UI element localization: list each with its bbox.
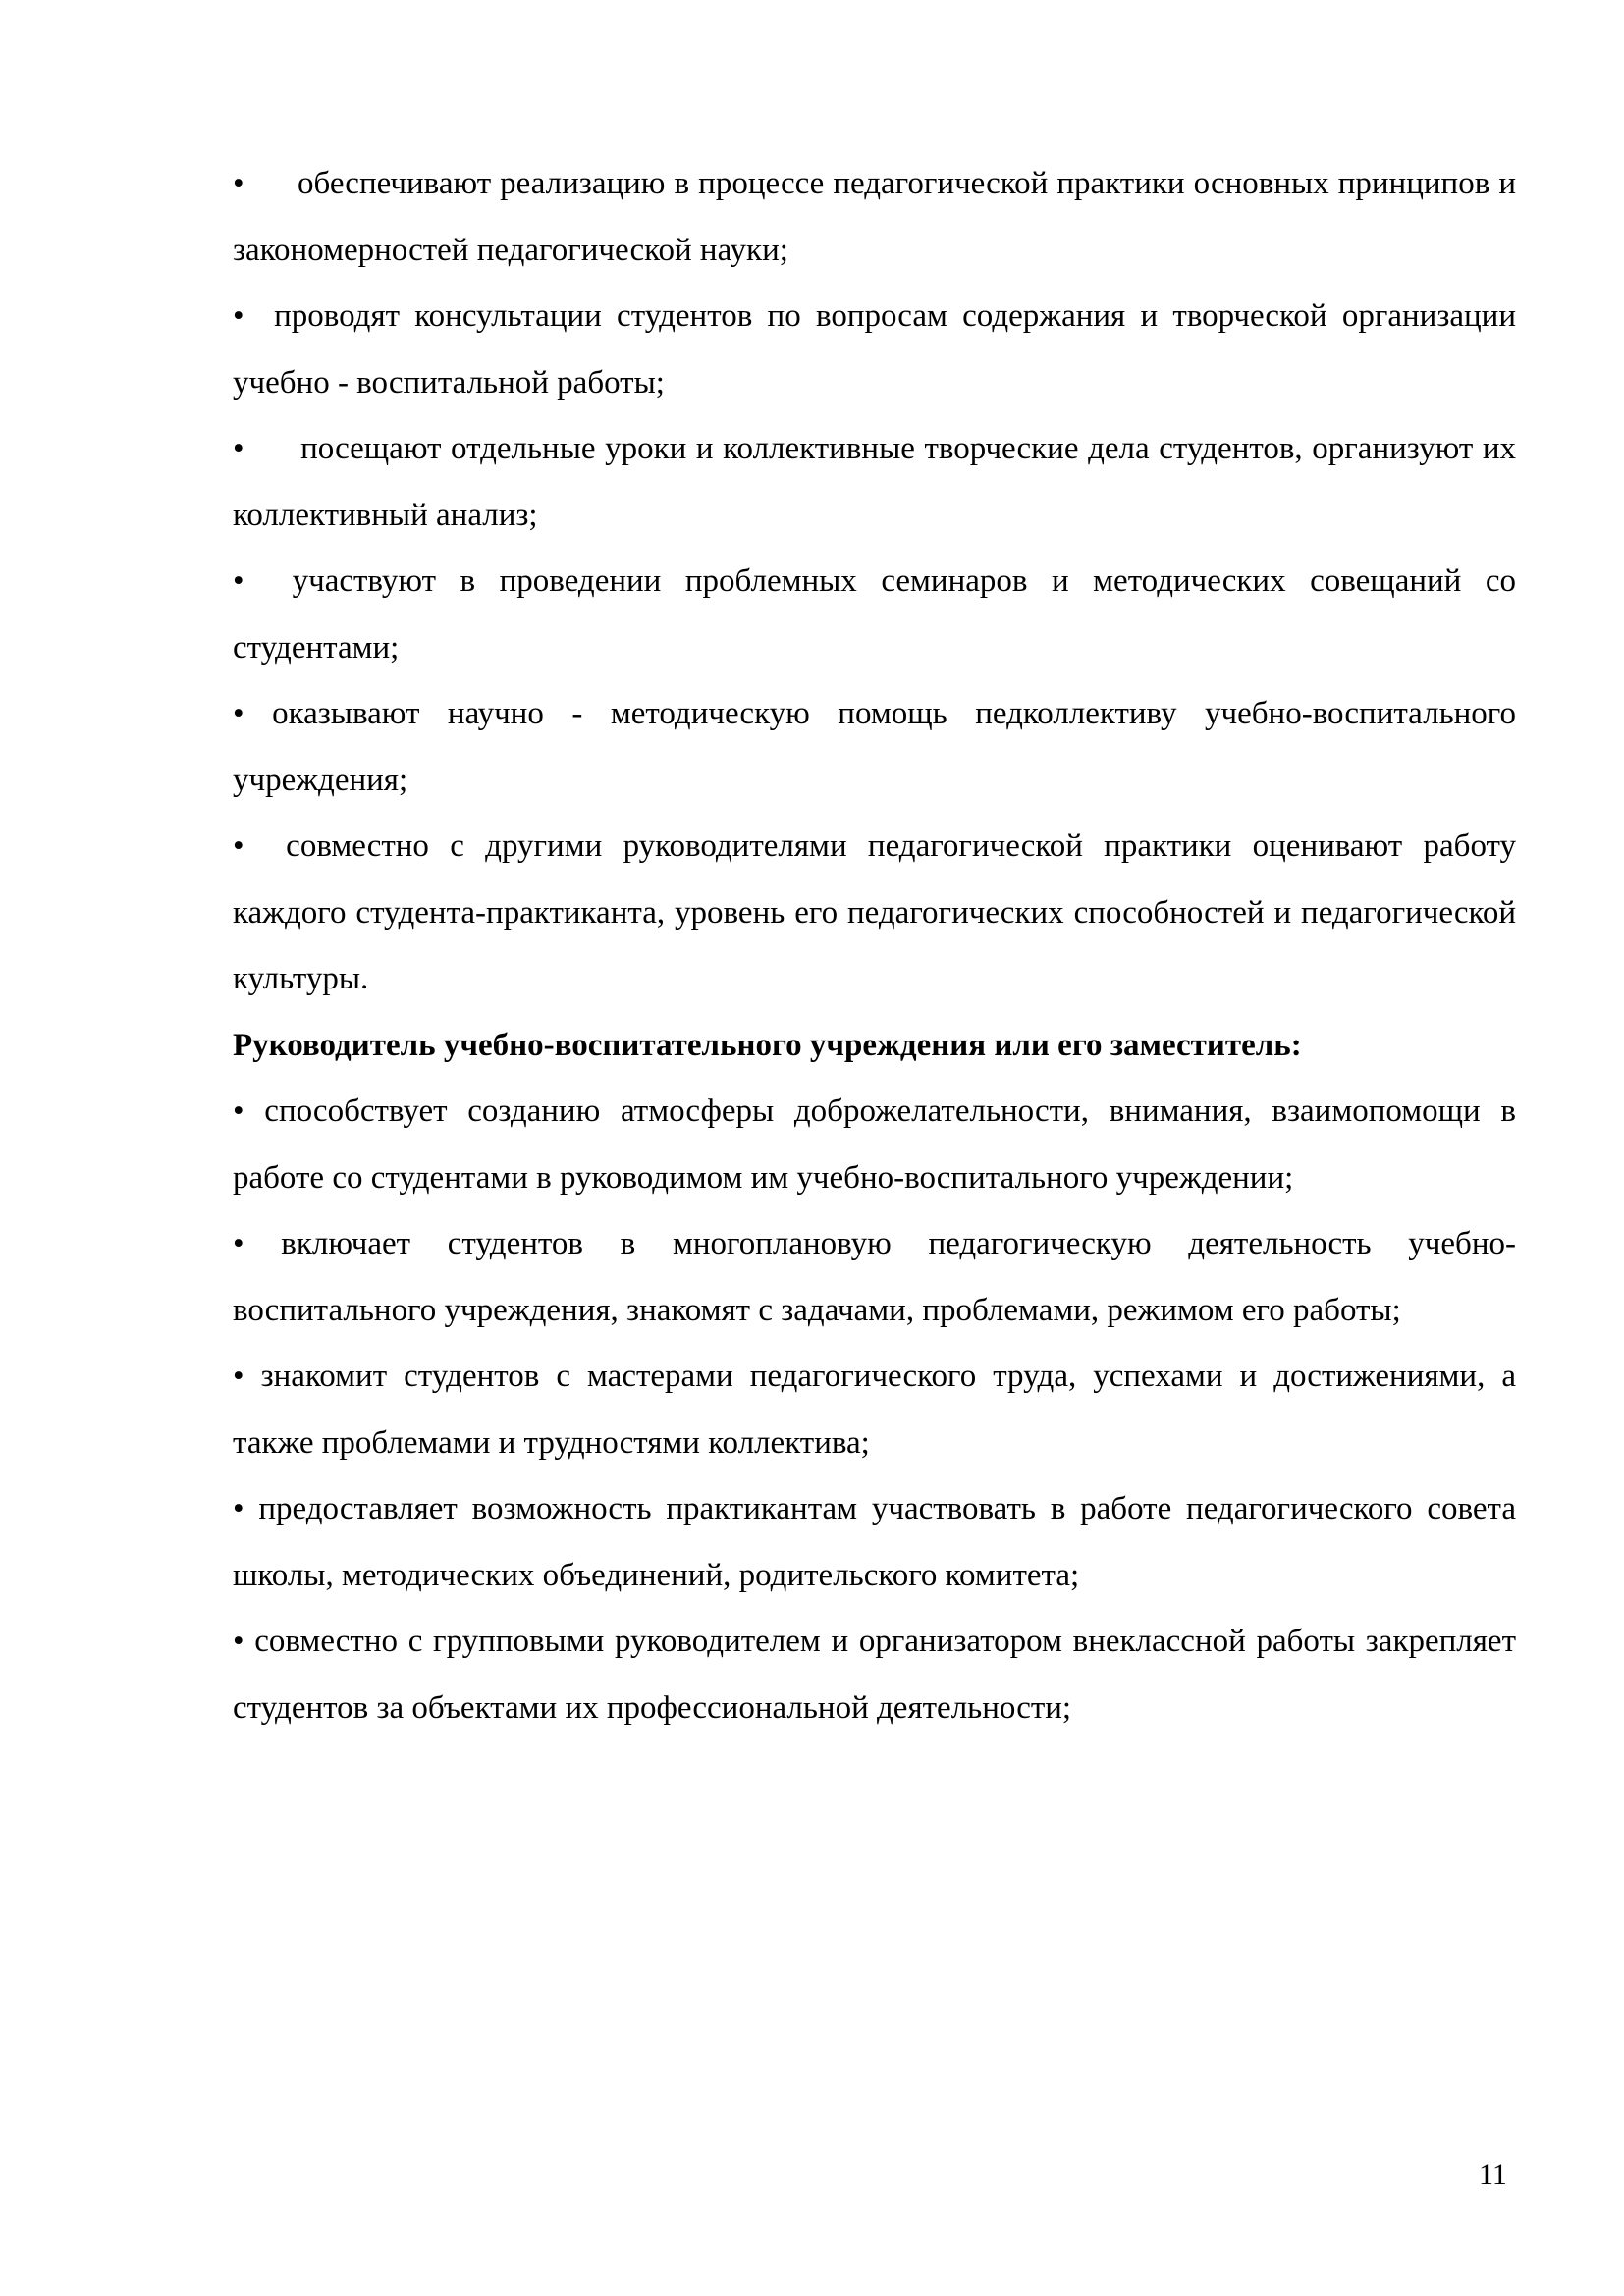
bullet-icon: • [233, 828, 244, 864]
list-item-text: совместно с групповыми руководителем и о… [233, 1624, 1516, 1726]
list-item: • совместно с другими руководителями пед… [233, 814, 1516, 1013]
page-number: 11 [1479, 2156, 1507, 2195]
bullet-icon: • [233, 298, 244, 334]
bullet-icon: • [233, 1359, 244, 1394]
list-item: • способствует созданию атмосферы доброж… [233, 1079, 1516, 1211]
list-item-text: включает студентов в многоплановую педаг… [233, 1226, 1516, 1328]
bullet-icon: • [233, 166, 244, 201]
list-item: • участвуют в проведении проблемных семи… [233, 549, 1516, 681]
supervisor-duties-list: • обеспечивают реализацию в процессе пед… [233, 151, 1516, 1013]
bullet-icon: • [233, 1624, 244, 1659]
list-item: • обеспечивают реализацию в процессе пед… [233, 151, 1516, 284]
list-item-text: предоставляет возможность практикантам у… [233, 1491, 1516, 1593]
bullet-icon: • [233, 563, 244, 599]
list-item-text: обеспечивают реализацию в процессе педаг… [233, 166, 1516, 268]
list-item: • включает студентов в многоплановую пед… [233, 1211, 1516, 1344]
list-item-text: проводят консультации студентов по вопро… [233, 298, 1516, 400]
list-item-text: знакомит студентов с мастерами педагогич… [233, 1359, 1516, 1461]
list-item: • знакомит студентов с мастерами педагог… [233, 1344, 1516, 1476]
bullet-icon: • [233, 696, 244, 731]
list-item-text: участвуют в проведении проблемных семина… [233, 563, 1516, 666]
list-item-text: способствует созданию атмосферы доброжел… [233, 1094, 1516, 1196]
list-item-text: совместно с другими руководителями педаг… [233, 828, 1516, 996]
list-item-text: оказывают научно - методическую помощь п… [233, 696, 1516, 798]
list-item: • посещают отдельные уроки и коллективны… [233, 416, 1516, 549]
bullet-icon: • [233, 1491, 244, 1526]
list-item: • проводят консультации студентов по воп… [233, 284, 1516, 416]
list-item: • предоставляет возможность практикантам… [233, 1476, 1516, 1609]
bullet-icon: • [233, 1094, 244, 1129]
page-body: • обеспечивают реализацию в процессе пед… [233, 151, 1516, 1741]
bullet-icon: • [233, 431, 244, 466]
list-item: • совместно с групповыми руководителем и… [233, 1609, 1516, 1741]
list-item: • оказывают научно - методическую помощь… [233, 681, 1516, 814]
director-duties-list: • способствует созданию атмосферы доброж… [233, 1079, 1516, 1741]
bullet-icon: • [233, 1226, 244, 1261]
list-item-text: посещают отдельные уроки и коллективные … [233, 431, 1516, 533]
section-heading: Руководитель учебно-воспитательного учре… [233, 1013, 1516, 1080]
